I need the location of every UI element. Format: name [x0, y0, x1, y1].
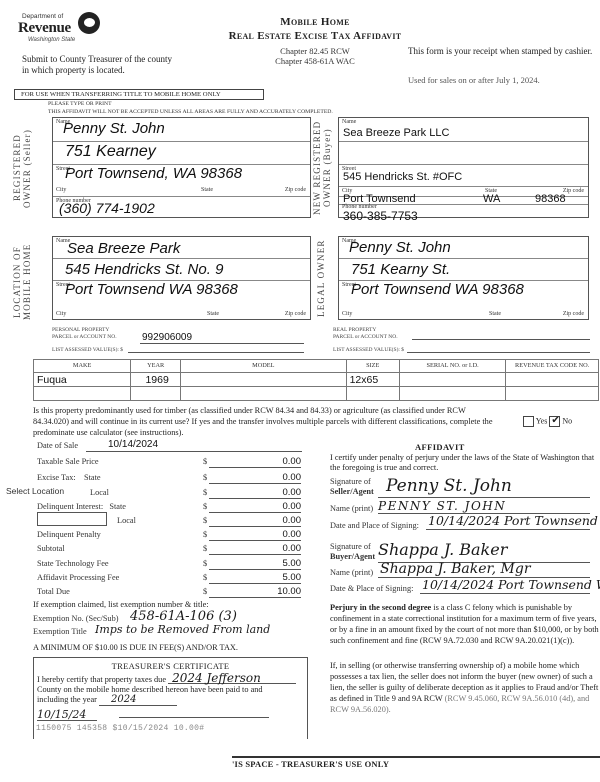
fee-state-technology: State Technology Fee $ 5.00 [37, 558, 302, 572]
location-box: Name Sea Breeze Park 545 Hendricks St. N… [52, 236, 311, 320]
revenue-code-cell[interactable] [506, 373, 599, 387]
state-technology-fee-value[interactable]: 5.00 [283, 558, 302, 569]
mobile-home-only-banner: FOR USE WHEN TRANSFERRING TITLE TO MOBIL… [14, 89, 264, 100]
treasurer-date-value[interactable]: 10/15/24 [37, 710, 97, 721]
fee-delinquent-interest-state: Delinquent Interest: State $ 0.00 [37, 501, 302, 515]
taxes-due-value[interactable]: 2024 Jefferson [168, 673, 296, 684]
submit-instruction: Submit to County Treasurer of the county… [22, 54, 172, 76]
buyer-name-line2-row[interactable] [339, 142, 588, 165]
legal-owner-name-value[interactable]: Penny St. John [349, 239, 451, 256]
serial-cell[interactable] [399, 387, 506, 401]
current-use-checkboxes: Yes No [523, 416, 572, 427]
no-checkbox[interactable] [549, 416, 560, 427]
delinquent-interest-local-value[interactable]: 0.00 [283, 515, 302, 526]
legal-owner-address-row[interactable]: Street Port Townsend WA 98368 City State… [339, 281, 588, 321]
seller-signature-value: Penny St. John [386, 476, 512, 496]
buyer-date-place-value: 10/14/2024 Port Townsend WA [422, 577, 600, 592]
exemption-no-label: Exemption No. (Sec/Sub) [33, 614, 119, 623]
exemption-intro: If exemption claimed, list exemption num… [33, 600, 209, 609]
tax-lien-warning: If, in selling (or otherwise transferrin… [330, 660, 600, 715]
exemption-title-label: Exemption Title [33, 627, 87, 636]
effective-date-note: Used for sales on or after July 1, 2024. [408, 75, 540, 85]
legal-owner-box: Name Penny St. John 751 Kearny St. Stree… [338, 236, 589, 320]
buyer-phone-row[interactable]: Phone number 360-385-7753 [339, 204, 588, 219]
excise-state-value[interactable]: 0.00 [283, 472, 302, 483]
buyer-signature-value: Shappa J. Baker [378, 540, 507, 559]
col-year: YEAR [131, 360, 181, 373]
form-title-line1: Mobile Home [230, 16, 400, 28]
col-serial: SERIAL NO. or I.D. [399, 360, 506, 373]
location-street-value[interactable]: Port Townsend WA 98368 [65, 281, 238, 298]
chapter-wac: Chapter 458-61A WAC [240, 56, 390, 66]
treasurer-use-divider [232, 756, 600, 758]
buyer-street-value[interactable]: 545 Hendricks St. #OFC [343, 171, 462, 183]
please-type-note: PLEASE TYPE OR PRINT [48, 101, 112, 107]
seller-signature-field[interactable]: Penny St. John [378, 480, 590, 498]
buyer-date-place-label: Date & Place of Signing: [330, 584, 413, 594]
buyer-name-print-value: Shappa J. Baker, Mgr [380, 561, 531, 577]
paid-through-year-value[interactable]: 2024 [99, 695, 177, 706]
treasurer-signature-field[interactable] [119, 708, 269, 718]
personal-parcel-field[interactable]: 992906009 [140, 332, 304, 344]
seller-date-place-value: 10/14/2024 Port Townsend WA [428, 513, 600, 528]
col-model: MODEL [181, 360, 347, 373]
delinquent-penalty-value[interactable]: 0.00 [283, 529, 302, 540]
mobile-home-table: MAKE YEAR MODEL SIZE SERIAL NO. or I.D. … [33, 359, 599, 401]
model-cell[interactable] [181, 387, 347, 401]
yes-label: Yes [536, 416, 548, 425]
personal-assessed-label: LIST ASSESSED VALUE(S): $ [52, 347, 123, 353]
seller-date-place-label: Date and Place of Signing: [330, 521, 419, 531]
seller-name-print-value: PENNY ST. JOHN [378, 499, 506, 513]
location-section-label: LOCATION OF MOBILE HOME [12, 236, 34, 328]
date-of-sale-field[interactable]: 10/14/2024 [86, 440, 302, 452]
legal-owner-name-row[interactable]: Name Penny St. John [339, 237, 588, 259]
location-line2-row[interactable]: 545 Hendricks St. No. 9 [53, 259, 310, 281]
table-header-row: MAKE YEAR MODEL SIZE SERIAL NO. or I.D. … [34, 360, 599, 373]
seller-box: Name Penny St. John 751 Kearney Street P… [52, 117, 311, 218]
table-row [34, 387, 599, 401]
buyer-name-value[interactable]: Sea Breeze Park LLC [343, 127, 449, 139]
fee-taxable-sale-price: Taxable Sale Price $ 0.00 [37, 456, 302, 470]
seller-name-print-label: Name (print) [330, 504, 373, 514]
date-of-sale-label: Date of Sale [37, 441, 78, 450]
fee-excise-local: Local $ 0.00 [37, 487, 302, 501]
legal-owner-section-label: LEGAL OWNER [316, 238, 334, 318]
treasurer-certificate-body: I hereby certify that property taxes due… [37, 673, 305, 721]
fee-affidavit-processing: Affidavit Processing Fee $ 5.00 [37, 572, 302, 586]
real-parcel-field[interactable] [412, 332, 590, 340]
affidavit-certify-text: I certify under penalty of perjury under… [330, 453, 600, 473]
seller-address-row[interactable]: Street Port Townsend, WA 98368 City Stat… [53, 165, 310, 197]
legal-owner-address-line[interactable]: 751 Kearny St. [351, 261, 450, 278]
excise-local-value[interactable]: 0.00 [283, 487, 302, 498]
dor-swirl-icon [78, 12, 100, 34]
fee-delinquent-penalty: Delinquent Penalty $ 0.00 [37, 529, 302, 543]
buyer-city-divider: City Port Townsend State WA Zip code 983… [339, 186, 588, 187]
logo-revenue-text: Revenue [18, 20, 71, 37]
seller-street-value[interactable]: Port Townsend, WA 98368 [65, 165, 242, 182]
model-cell[interactable] [181, 373, 347, 387]
buyer-date-place-field[interactable]: 10/14/2024 Port Townsend WA [420, 580, 590, 594]
real-property-label: REAL PROPERTY PARCEL or ACCOUNT NO. [333, 327, 398, 341]
personal-assessed-field[interactable] [128, 347, 304, 353]
seller-phone-row[interactable]: Phone number (360) 774-1902 [53, 197, 310, 219]
buyer-name-row[interactable]: Name Sea Breeze Park LLC [339, 118, 588, 142]
yes-checkbox[interactable] [523, 416, 534, 427]
form-title-line2: Real Estate Excise Tax Affidavit [195, 30, 435, 42]
chapter-rcw: Chapter 82.45 RCW [240, 46, 390, 56]
year-cell[interactable]: 1969 [131, 373, 181, 387]
location-address-row[interactable]: Street Port Townsend WA 98368 City State… [53, 281, 310, 321]
buyer-box: Name Sea Breeze Park LLC Street 545 Hend… [338, 117, 589, 218]
seller-address-line[interactable]: 751 Kearney [65, 143, 156, 161]
buyer-section-label: NEW REGISTERED OWNER (Buyer) [312, 118, 338, 218]
taxable-sale-price-value[interactable]: 0.00 [283, 456, 302, 467]
size-cell[interactable] [346, 387, 399, 401]
fee-total-due: Total Due $ 10.00 [37, 586, 302, 600]
make-cell[interactable] [34, 387, 131, 401]
affidavit-heading: AFFIDAVIT [415, 442, 465, 452]
col-size: SIZE [346, 360, 399, 373]
location-name-value[interactable]: Sea Breeze Park [67, 240, 180, 257]
chapter-references: Chapter 82.45 RCW Chapter 458-61A WAC [240, 46, 390, 66]
treasurer-certificate-heading: TREASURER'S CERTIFICATE [34, 661, 307, 671]
subtotal-value[interactable]: 0.00 [283, 543, 302, 554]
seller-signature-label: Signature of Seller/Agent [330, 477, 374, 497]
seller-name-line2-row[interactable]: 751 Kearney [53, 142, 310, 165]
date-of-sale-value: 10/14/2024 [108, 439, 158, 450]
buyer-signature-label: Signature of Buyer/Agent [330, 542, 375, 562]
logo-department-text: Department of [22, 13, 63, 20]
affidavit-processing-fee-value[interactable]: 5.00 [283, 572, 302, 583]
total-due-value[interactable]: 10.00 [277, 586, 301, 597]
buyer-phone-value[interactable]: 360-385-7753 [343, 209, 418, 223]
cashier-stamp: 1150075 145358 $10/15/2024 10.00# [36, 724, 204, 733]
treasurer-certificate-box: TREASURER'S CERTIFICATE I hereby certify… [33, 657, 308, 739]
personal-property-label: PERSONAL PROPERTY PARCEL or ACCOUNT NO. [52, 327, 117, 341]
location-address-line[interactable]: 545 Hendricks St. No. 9 [65, 261, 223, 278]
real-assessed-label: LIST ASSESSED VALUE(S): $ [333, 347, 404, 353]
seller-name-row[interactable]: Name Penny St. John [53, 118, 310, 142]
location-name-row[interactable]: Name Sea Breeze Park [53, 237, 310, 259]
treasurer-use-only-label: 'IS SPACE - TREASURER'S USE ONLY [232, 759, 389, 769]
fee-delinquent-interest-local: Local $ 0.00 [37, 515, 302, 529]
receipt-note: This form is your receipt when stamped b… [408, 46, 598, 57]
seller-date-place-field[interactable]: 10/14/2024 Port Townsend WA [426, 516, 590, 530]
exemption-title-value[interactable]: Imps to be Removed From land [95, 623, 270, 636]
make-cell[interactable]: Fuqua [34, 373, 131, 387]
seller-section-label: REGISTERED OWNER (Seller) [12, 118, 34, 218]
serial-cell[interactable] [399, 373, 506, 387]
fee-subtotal: Subtotal $ 0.00 [37, 543, 302, 557]
table-row: Fuqua 1969 12x65 [34, 373, 599, 387]
perjury-warning: Perjury in the second degree is a class … [330, 602, 600, 646]
not-accepted-note: THIS AFFIDAVIT WILL NOT BE ACCEPTED UNLE… [48, 109, 333, 115]
minimum-due-note: A MINIMUM OF $10.00 IS DUE IN FEE(S) AND… [33, 643, 238, 652]
real-assessed-field[interactable] [407, 347, 590, 353]
current-use-question: Is this property predominantly used for … [33, 405, 503, 438]
col-revenue-code: REVENUE TAX CODE NO. [506, 360, 599, 373]
col-make: MAKE [34, 360, 131, 373]
legal-owner-line2-row[interactable]: 751 Kearny St. [339, 259, 588, 281]
no-label: No [562, 416, 572, 425]
logo-state-text: Washington State [28, 37, 75, 43]
fee-excise-state: Excise Tax: State $ 0.00 [37, 472, 302, 486]
personal-parcel-value: 992906009 [142, 332, 192, 343]
seller-name-value[interactable]: Penny St. John [63, 120, 165, 137]
dor-logo: Department of Revenue Washington State [14, 10, 104, 46]
exemption-no-value[interactable]: 458-61A-106 (3) [130, 609, 237, 624]
seller-phone-value[interactable]: (360) 774-1902 [59, 200, 155, 216]
year-cell[interactable] [131, 387, 181, 401]
legal-owner-street-value[interactable]: Port Townsend WA 98368 [351, 281, 524, 298]
size-cell[interactable]: 12x65 [346, 373, 399, 387]
buyer-name-print-label: Name (print) [330, 568, 373, 578]
delinquent-interest-state-value[interactable]: 0.00 [283, 501, 302, 512]
revenue-code-cell[interactable] [506, 387, 599, 401]
